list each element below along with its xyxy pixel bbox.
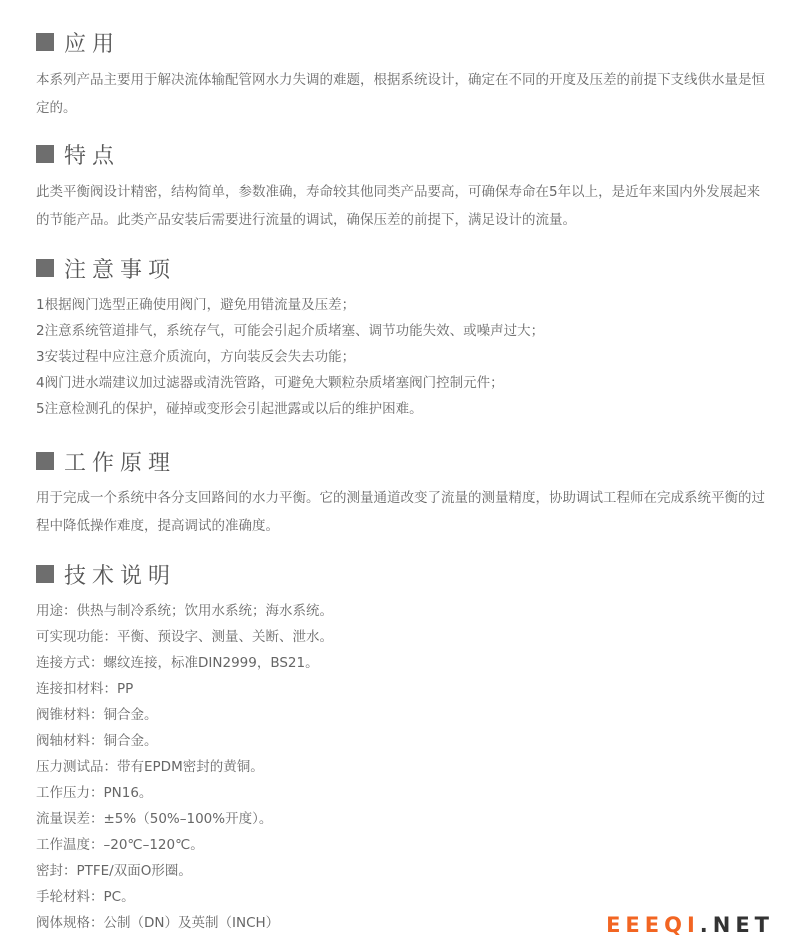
watermark-tld: .NET bbox=[700, 913, 774, 937]
square-marker-icon bbox=[36, 33, 54, 51]
section-title: 工作原理 bbox=[64, 446, 176, 477]
watermark-brand: EEEQI bbox=[606, 913, 700, 937]
notes-list: 1根据阀门选型正确使用阀门，避免用错流量及压差； 2注意系统管道排气，系统存气，… bbox=[36, 292, 544, 422]
spec-item: 阀锥材料：铜合金。 bbox=[36, 702, 333, 728]
list-item: 2注意系统管道排气，系统存气，可能会引起介质堵塞、调节功能失效、或噪声过大； bbox=[36, 318, 544, 344]
spec-item: 工作温度：–20℃–120℃。 bbox=[36, 832, 333, 858]
list-item: 3安装过程中应注意介质流向，方向装反会失去功能； bbox=[36, 344, 544, 370]
square-marker-icon bbox=[36, 452, 54, 470]
spec-item: 工作压力：PN16。 bbox=[36, 780, 333, 806]
features-paragraph: 此类平衡阀设计精密，结构简单，参数准确，寿命较其他同类产品要高，可确保寿命在5年… bbox=[36, 178, 766, 234]
section-title: 特点 bbox=[64, 139, 120, 170]
application-paragraph: 本系列产品主要用于解决流体输配管网水力失调的难题，根据系统设计，确定在不同的开度… bbox=[36, 66, 766, 122]
section-heading-features: 特点 bbox=[36, 134, 120, 174]
section-heading-principle: 工作原理 bbox=[36, 441, 176, 481]
spec-item: 可实现功能：平衡、预设字、测量、关断、泄水。 bbox=[36, 624, 333, 650]
square-marker-icon bbox=[36, 565, 54, 583]
spec-item: 连接扣材料：PP bbox=[36, 676, 333, 702]
spec-item: 密封：PTFE/双面O形圈。 bbox=[36, 858, 333, 884]
section-heading-notes: 注意事项 bbox=[36, 248, 176, 288]
list-item: 1根据阀门选型正确使用阀门，避免用错流量及压差； bbox=[36, 292, 544, 318]
section-heading-application: 应用 bbox=[36, 22, 120, 62]
section-title: 技术说明 bbox=[64, 559, 176, 590]
spec-item: 阀轴材料：铜合金。 bbox=[36, 728, 333, 754]
spec-item: 手轮材料：PC。 bbox=[36, 884, 333, 910]
spec-item: 流量误差：±5%（50%–100%开度）。 bbox=[36, 806, 333, 832]
spec-item: 用途：供热与制冷系统；饮用水系统；海水系统。 bbox=[36, 598, 333, 624]
section-title: 注意事项 bbox=[64, 253, 176, 284]
section-heading-technical: 技术说明 bbox=[36, 554, 176, 594]
spec-item: 阀体规格：公制（DN）及英制（INCH） bbox=[36, 910, 333, 936]
site-watermark-logo: EEEQI.NET bbox=[606, 913, 774, 937]
spec-item: 压力测试品：带有EPDM密封的黄铜。 bbox=[36, 754, 333, 780]
technical-spec-list: 用途：供热与制冷系统；饮用水系统；海水系统。 可实现功能：平衡、预设字、测量、关… bbox=[36, 598, 333, 936]
section-title: 应用 bbox=[64, 27, 120, 58]
principle-paragraph: 用于完成一个系统中各分支回路间的水力平衡。它的测量通道改变了流量的测量精度，协助… bbox=[36, 484, 766, 540]
list-item: 4阀门进水端建议加过滤器或清洗管路，可避免大颗粒杂质堵塞阀门控制元件； bbox=[36, 370, 544, 396]
square-marker-icon bbox=[36, 145, 54, 163]
spec-item: 连接方式：螺纹连接，标准DIN2999，BS21。 bbox=[36, 650, 333, 676]
square-marker-icon bbox=[36, 259, 54, 277]
list-item: 5注意检测孔的保护，碰掉或变形会引起泄露或以后的维护困难。 bbox=[36, 396, 544, 422]
